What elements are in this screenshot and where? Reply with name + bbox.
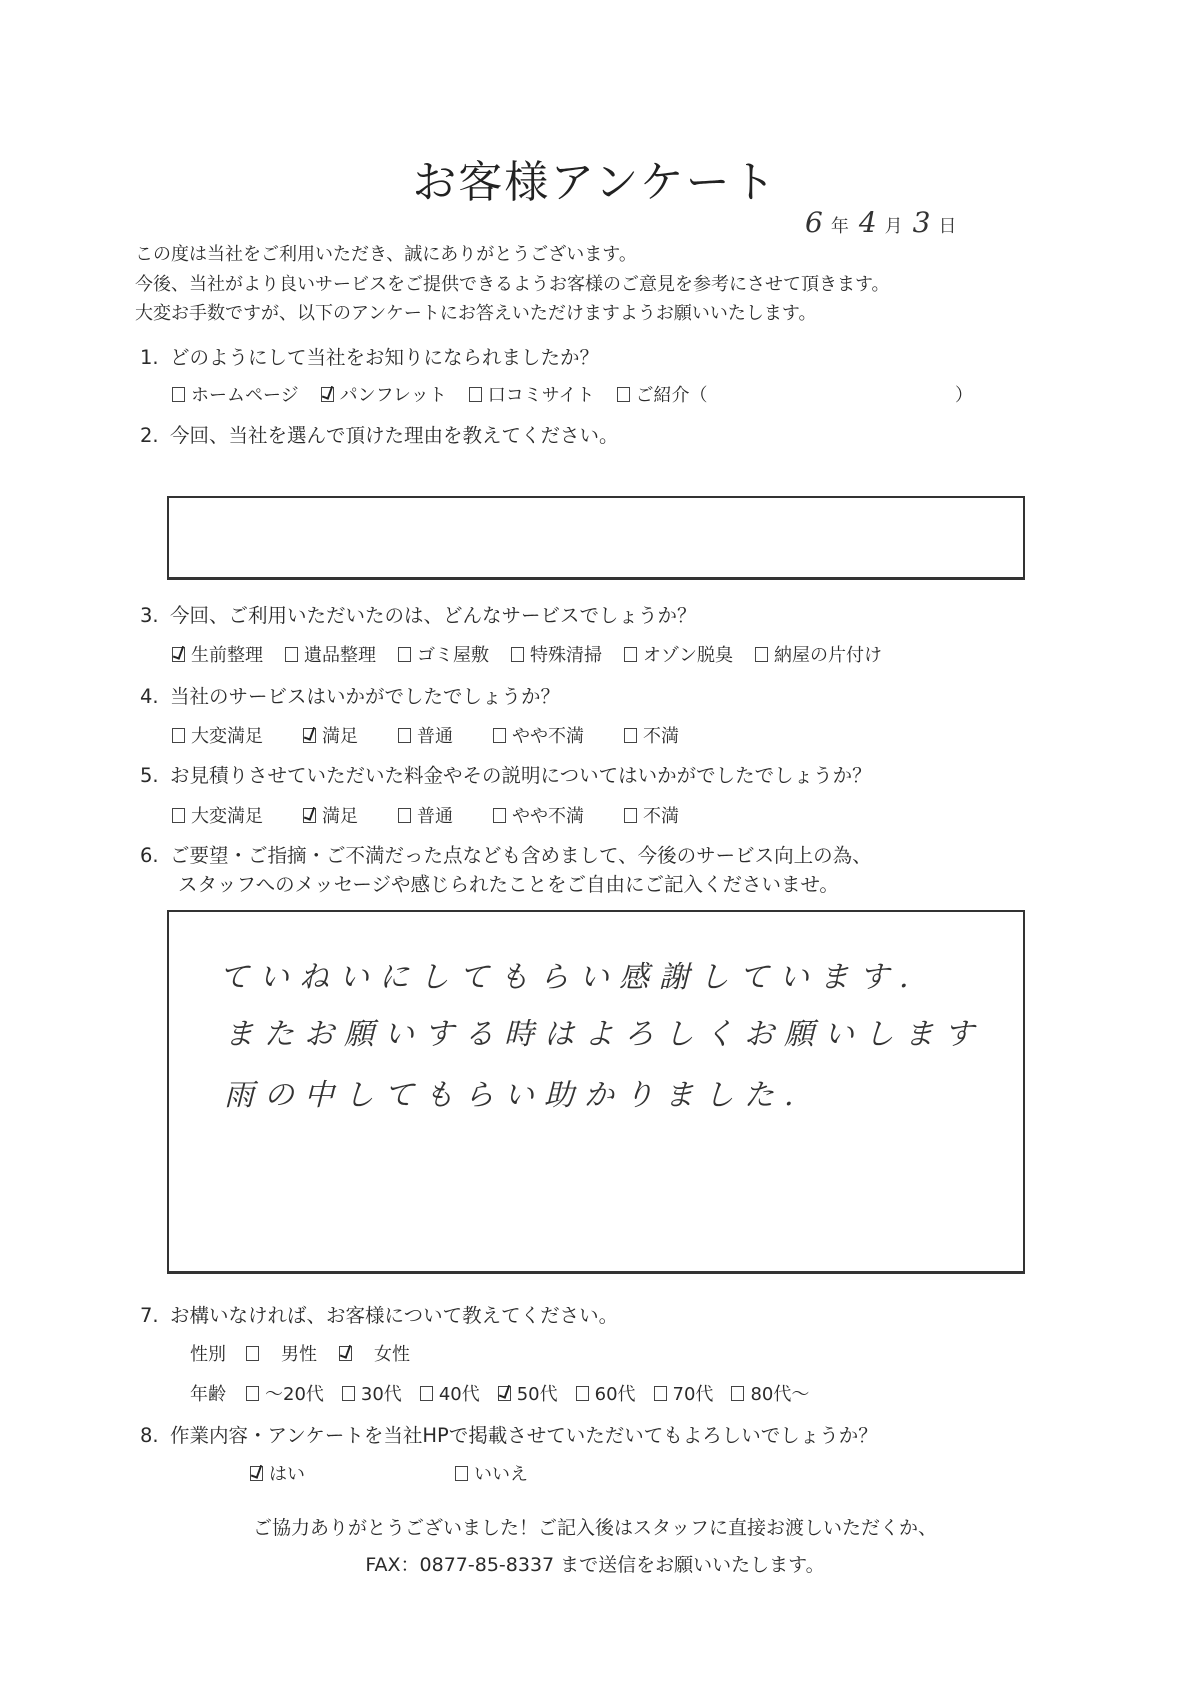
date: 6年4月3日	[805, 206, 966, 239]
checkbox-icon[interactable]	[755, 647, 768, 662]
option-label: やや不満	[512, 802, 584, 828]
question-1: 1.どのようにして当社をお知りになられましたか？	[140, 342, 599, 370]
checkbox-icon[interactable]	[511, 647, 524, 662]
age-option-60s[interactable]: 60代	[576, 1380, 636, 1406]
question-text: どのようにして当社をお知りになられましたか？	[170, 346, 599, 369]
option-label: オゾン脱臭	[643, 641, 733, 667]
question-number: 6.	[140, 844, 170, 867]
question-3: 3.今回、ご利用いただいたのは、どんなサービスでしょうか？	[140, 600, 697, 628]
checkbox-icon[interactable]	[172, 808, 185, 823]
q5-option-dissatisfied[interactable]: 不満	[624, 802, 679, 828]
question-number: 4.	[140, 685, 170, 708]
q1-option-homepage[interactable]: ホームページ	[172, 381, 299, 407]
footer-fax: FAX：0877-85-8337 まで送信をお願いいたします。	[0, 1550, 1190, 1577]
question-6: 6.ご要望・ご指摘・ご不満だった点なども含めまして、今後のサービス向上の為、	[140, 840, 872, 868]
date-year-unit: 年	[831, 216, 849, 237]
option-label: 生前整理	[191, 641, 263, 667]
q7-age: 年齢 ～20代 30代 40代 50代 60代 70代 80代～	[190, 1380, 831, 1406]
gender-option-female[interactable]: 女性	[339, 1340, 410, 1366]
date-month: 4	[859, 206, 877, 239]
footer-thanks: ご協力ありがとうございました！ご記入後はスタッフに直接お渡しいただくか、	[0, 1513, 1190, 1540]
q4-options: 大変満足 満足 普通 やや不満 不満	[172, 722, 701, 748]
option-label: いいえ	[474, 1460, 528, 1486]
q6-answer-box[interactable]: ていねいにしてもらい感謝しています. またお願いする時はよろしくお願いします 雨…	[167, 910, 1025, 1274]
date-day: 3	[913, 206, 931, 239]
checkbox-checked-icon[interactable]	[339, 1346, 352, 1361]
q1-option-referral[interactable]: ご紹介（	[617, 381, 708, 407]
q4-option-dissatisfied[interactable]: 不満	[624, 722, 679, 748]
option-label: 大変満足	[191, 722, 263, 748]
question-text: 今回、当社を選んで頂けた理由を教えてください。	[170, 424, 619, 447]
question-number: 1.	[140, 346, 170, 369]
question-number: 2.	[140, 424, 170, 447]
q3-option-gomi-yashiki[interactable]: ゴミ屋敷	[398, 641, 489, 667]
q4-option-normal[interactable]: 普通	[398, 722, 453, 748]
checkbox-icon[interactable]	[420, 1386, 433, 1401]
checkbox-checked-icon[interactable]	[172, 647, 185, 662]
q3-option-naya[interactable]: 納屋の片付け	[755, 641, 882, 667]
option-label: 特殊清掃	[530, 641, 602, 667]
checkbox-icon[interactable]	[617, 387, 630, 402]
checkbox-icon[interactable]	[469, 387, 482, 402]
option-label: ご紹介（	[636, 381, 708, 407]
checkbox-checked-icon[interactable]	[321, 387, 334, 402]
date-month-unit: 月	[885, 216, 903, 237]
question-8: 8.作業内容・アンケートを当社HPで掲載させていただいてもよろしいでしょうか？	[140, 1420, 878, 1448]
date-day-unit: 日	[938, 216, 956, 237]
q8-option-no[interactable]: いいえ	[455, 1460, 528, 1486]
checkbox-icon[interactable]	[624, 808, 637, 823]
checkbox-icon[interactable]	[654, 1386, 667, 1401]
option-label: ホームページ	[191, 381, 299, 407]
option-label: 満足	[322, 722, 358, 748]
q5-option-satisfied[interactable]: 満足	[303, 802, 358, 828]
question-number: 5.	[140, 764, 170, 787]
q8-options: はい いいえ	[250, 1460, 550, 1486]
checkbox-checked-icon[interactable]	[250, 1466, 263, 1481]
q3-option-ihin-seiri[interactable]: 遺品整理	[285, 641, 376, 667]
q1-option-review-site[interactable]: 口コミサイト	[469, 381, 595, 407]
age-option-50s[interactable]: 50代	[498, 1380, 558, 1406]
handwritten-line-2: またお願いする時はよろしくお願いします	[224, 1009, 984, 1053]
option-label: 女性	[374, 1340, 410, 1366]
handwritten-line-1: ていねいにしてもらい感謝しています.	[219, 952, 919, 996]
option-label: 大変満足	[191, 802, 263, 828]
question-4: 4.当社のサービスはいかがでしたでしょうか？	[140, 681, 560, 709]
q4-option-very-satisfied[interactable]: 大変満足	[172, 722, 263, 748]
option-label: ～20代	[265, 1380, 324, 1406]
option-label: ゴミ屋敷	[417, 641, 489, 667]
option-label: 50代	[517, 1380, 558, 1406]
question-number: 8.	[140, 1424, 170, 1447]
question-number: 3.	[140, 604, 170, 627]
option-label: 遺品整理	[304, 641, 376, 667]
q5-option-very-satisfied[interactable]: 大変満足	[172, 802, 263, 828]
checkbox-icon[interactable]	[342, 1386, 355, 1401]
age-option-80s-plus[interactable]: 80代～	[731, 1380, 809, 1406]
option-label: 普通	[417, 722, 453, 748]
question-text: 今回、ご利用いただいたのは、どんなサービスでしょうか？	[170, 604, 697, 627]
gender-label: 性別	[190, 1340, 226, 1366]
q1-option-pamphlet[interactable]: パンフレット	[321, 381, 447, 407]
checkbox-icon[interactable]	[455, 1466, 468, 1481]
age-option-under-20[interactable]: ～20代	[246, 1380, 324, 1406]
checkbox-icon[interactable]	[398, 808, 411, 823]
option-label: 40代	[439, 1380, 480, 1406]
age-option-30s[interactable]: 30代	[342, 1380, 402, 1406]
q3-option-seizen-seiri[interactable]: 生前整理	[172, 641, 263, 667]
checkbox-checked-icon[interactable]	[303, 728, 316, 743]
checkbox-icon[interactable]	[172, 728, 185, 743]
option-label: はい	[269, 1460, 305, 1486]
option-label: 納屋の片付け	[774, 641, 882, 667]
handwritten-line-3: 雨の中してもらい助かりました.	[224, 1070, 804, 1114]
q3-option-tokushu-seisou[interactable]: 特殊清掃	[511, 641, 602, 667]
option-label: 口コミサイト	[488, 381, 595, 407]
q3-option-ozone[interactable]: オゾン脱臭	[624, 641, 733, 667]
q4-option-somewhat-dissatisfied[interactable]: やや不満	[493, 722, 584, 748]
question-text: 当社のサービスはいかがでしたでしょうか？	[170, 685, 560, 708]
checkbox-icon[interactable]	[493, 728, 506, 743]
intro-line-2: 今後、当社がより良いサービスをご提供できるようお客様のご意見を参考にさせて頂きま…	[135, 270, 890, 296]
option-label: 80代～	[750, 1380, 809, 1406]
question-6-line-2: スタッフへのメッセージや感じられたことをご自由にご記入くださいませ。	[178, 869, 839, 897]
q1-options: ホームページ パンフレット 口コミサイト ご紹介（	[172, 381, 730, 407]
checkbox-icon[interactable]	[172, 387, 185, 402]
question-7: 7.お構いなければ、お客様について教えてください。	[140, 1300, 618, 1328]
question-number: 7.	[140, 1304, 170, 1327]
checkbox-icon[interactable]	[576, 1386, 589, 1401]
page-title: お客様アンケート	[0, 146, 1190, 210]
checkbox-checked-icon[interactable]	[498, 1386, 511, 1401]
checkbox-icon[interactable]	[731, 1386, 744, 1401]
q5-option-somewhat-dissatisfied[interactable]: やや不満	[493, 802, 584, 828]
q7-gender: 性別 男性 女性	[190, 1340, 432, 1366]
q5-options: 大変満足 満足 普通 やや不満 不満	[172, 802, 701, 828]
option-label: やや不満	[512, 722, 584, 748]
option-label: 不満	[643, 802, 679, 828]
checkbox-icon[interactable]	[246, 1346, 259, 1361]
option-label: パンフレット	[340, 381, 447, 407]
option-label: 60代	[595, 1380, 636, 1406]
checkbox-checked-icon[interactable]	[303, 808, 316, 823]
option-label: 70代	[673, 1380, 714, 1406]
question-text: 作業内容・アンケートを当社HPで掲載させていただいてもよろしいでしょうか？	[170, 1424, 878, 1447]
q2-answer-box[interactable]	[167, 496, 1025, 580]
question-text: お構いなければ、お客様について教えてください。	[170, 1304, 618, 1327]
question-text: お見積りさせていただいた料金やその説明についてはいかがでしたでしょうか？	[170, 764, 872, 787]
question-2: 2.今回、当社を選んで頂けた理由を教えてください。	[140, 420, 619, 448]
checkbox-icon[interactable]	[285, 647, 298, 662]
option-label: 不満	[643, 722, 679, 748]
age-option-70s[interactable]: 70代	[654, 1380, 714, 1406]
age-label: 年齢	[190, 1380, 226, 1406]
intro-line-1: この度は当社をご利用いただき、誠にありがとうございます。	[135, 240, 637, 266]
q3-options: 生前整理 遺品整理 ゴミ屋敷 特殊清掃 オゾン脱臭 納屋の片付け	[172, 641, 904, 667]
option-label: 男性	[281, 1340, 317, 1366]
checkbox-icon[interactable]	[398, 728, 411, 743]
checkbox-icon[interactable]	[624, 647, 637, 662]
checkbox-icon[interactable]	[398, 647, 411, 662]
intro-line-3: 大変お手数ですが、以下のアンケートにお答えいただけますようお願いいたします。	[135, 299, 816, 325]
checkbox-icon[interactable]	[624, 728, 637, 743]
q4-option-satisfied[interactable]: 満足	[303, 722, 358, 748]
q5-option-normal[interactable]: 普通	[398, 802, 453, 828]
question-5: 5.お見積りさせていただいた料金やその説明についてはいかがでしたでしょうか？	[140, 760, 872, 788]
date-year: 6	[805, 206, 823, 239]
question-text: ご要望・ご指摘・ご不満だった点なども含めまして、今後のサービス向上の為、	[170, 844, 872, 867]
option-label: 普通	[417, 802, 453, 828]
q8-option-yes[interactable]: はい	[250, 1460, 305, 1486]
option-label: 満足	[322, 802, 358, 828]
gender-option-male[interactable]: 男性	[246, 1340, 317, 1366]
age-option-40s[interactable]: 40代	[420, 1380, 480, 1406]
option-label: 30代	[361, 1380, 402, 1406]
checkbox-icon[interactable]	[246, 1386, 259, 1401]
q1-referral-paren-close: ）	[955, 381, 973, 407]
checkbox-icon[interactable]	[493, 808, 506, 823]
